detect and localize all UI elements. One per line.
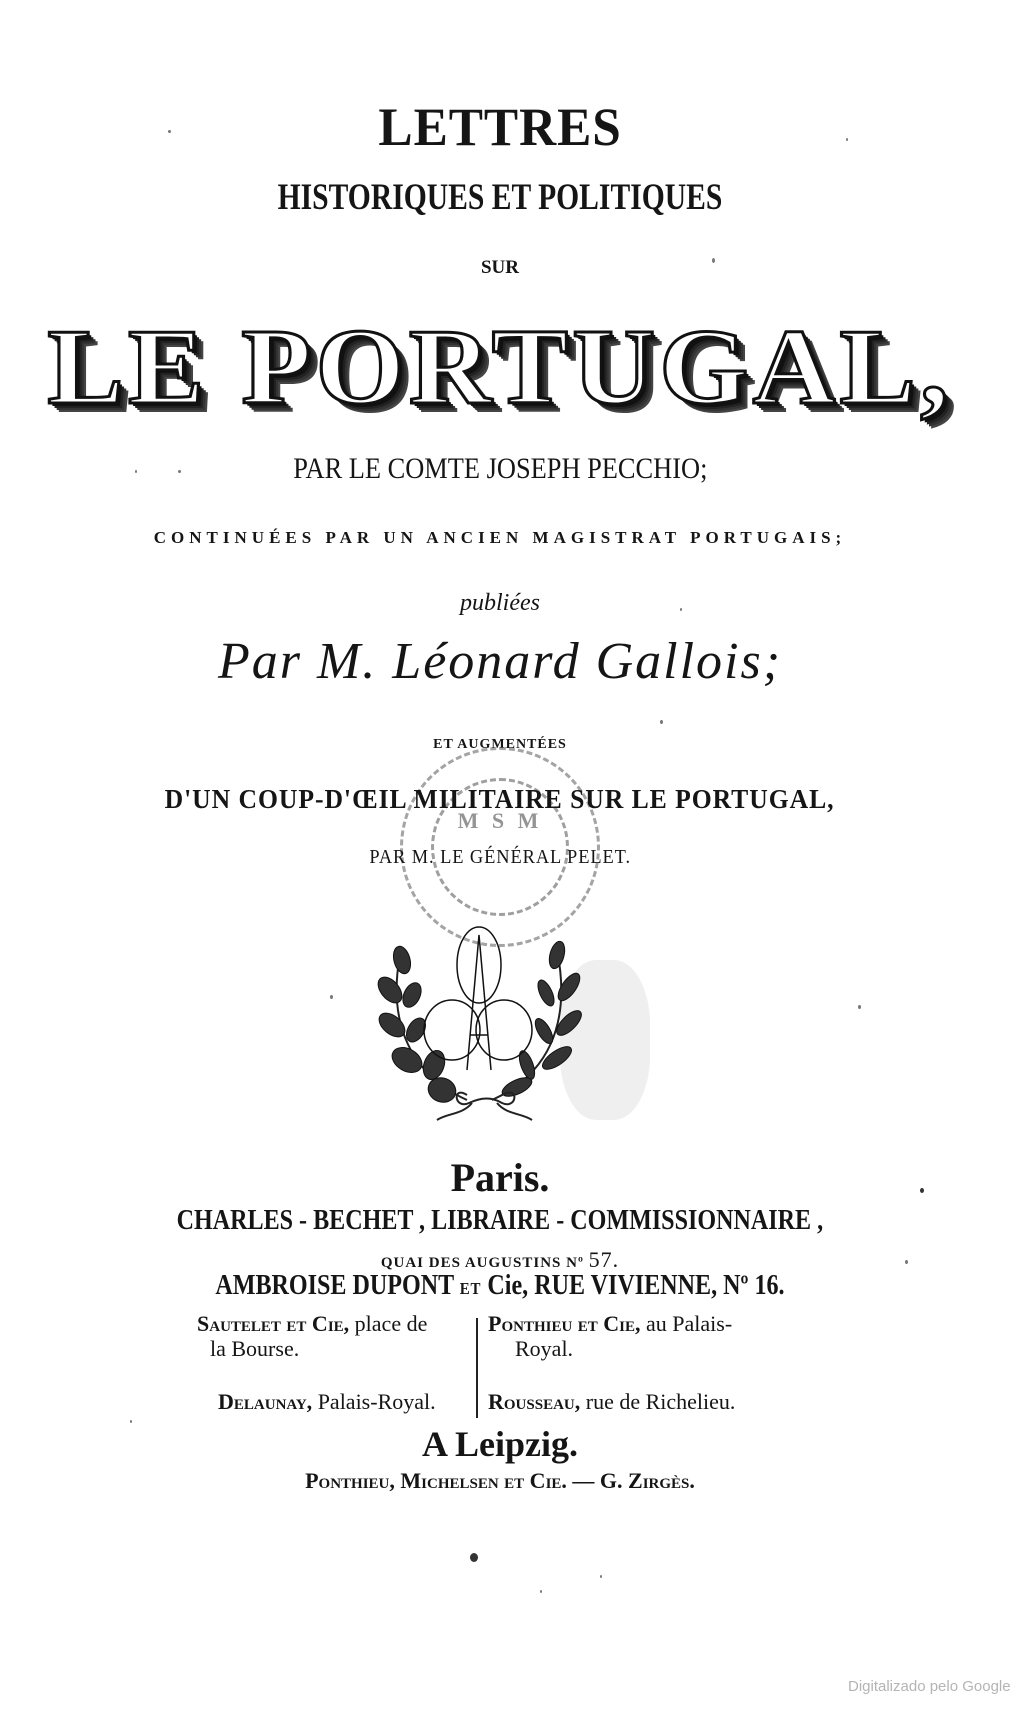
title-historiques-et-politiques: HISTORIQUES ET POLITIQUES [0,176,1000,219]
scan-speck [540,1590,542,1593]
scan-speck [330,995,333,999]
seller-ponthieu: Ponthieu et Cie, au Palais- [488,1312,732,1336]
seller-sautelet-place: la Bourse. [210,1337,299,1361]
author-line: PAR LE COMTE JOSEPH PECCHIO; [0,452,1000,486]
wreath-monogram-icon [372,915,587,1125]
scan-speck [178,470,181,473]
imprint-publisher-dupont: AMBROISE DUPONT ET Cie, RUE VIVIENNE, Nº… [0,1270,1000,1302]
scan-speck [130,1420,132,1423]
scan-speck [135,470,137,473]
scan-speck [905,1260,908,1264]
imprint-city-leipzig: A Leipzig. [0,1423,1000,1465]
imprint-publisher-bechet: CHARLES - BECHET , LIBRAIRE - COMMISSION… [0,1205,1000,1237]
scan-speck [846,138,848,141]
google-digitization-watermark: Digitalizado pelo Google [848,1678,1011,1695]
scan-speck [920,1188,924,1193]
scan-speck [680,608,682,611]
title-lettres: LETTRES [0,96,1000,158]
title-le-portugal: LE PORTUGAL, [0,306,1000,430]
scan-speck [168,130,171,133]
title-sur: SUR [0,257,1000,279]
supplement-author: PAR M. LE GÉNÉRAL PELET. [0,846,1000,869]
scan-speck [712,258,715,263]
imprint-city-paris: Paris. [0,1154,1000,1201]
scan-speck [858,1005,861,1009]
seller-ponthieu-place: Royal. [515,1337,573,1361]
scan-speck [600,1575,602,1578]
imprint-publisher-leipzig: Ponthieu, Michelsen et Cie. — G. Zirgès. [0,1468,1000,1494]
supplement-title: D'UN COUP-D'ŒIL MILITAIRE SUR LE PORTUGA… [0,784,1000,815]
continuation-line: CONTINUÉES PAR UN ANCIEN MAGISTRAT PORTU… [0,528,1000,548]
column-divider [476,1318,478,1418]
scan-speck [660,720,663,724]
seller-delaunay: Delaunay, Palais-Royal. [218,1390,436,1414]
seller-rousseau: Rousseau, rue de Richelieu. [488,1390,735,1414]
editor-line: Par M. Léonard Gallois; [0,632,1000,691]
published-word: publiées [0,590,1000,617]
scan-speck [470,1553,478,1562]
seller-sautelet: Sautelet et Cie, place de [197,1312,427,1336]
